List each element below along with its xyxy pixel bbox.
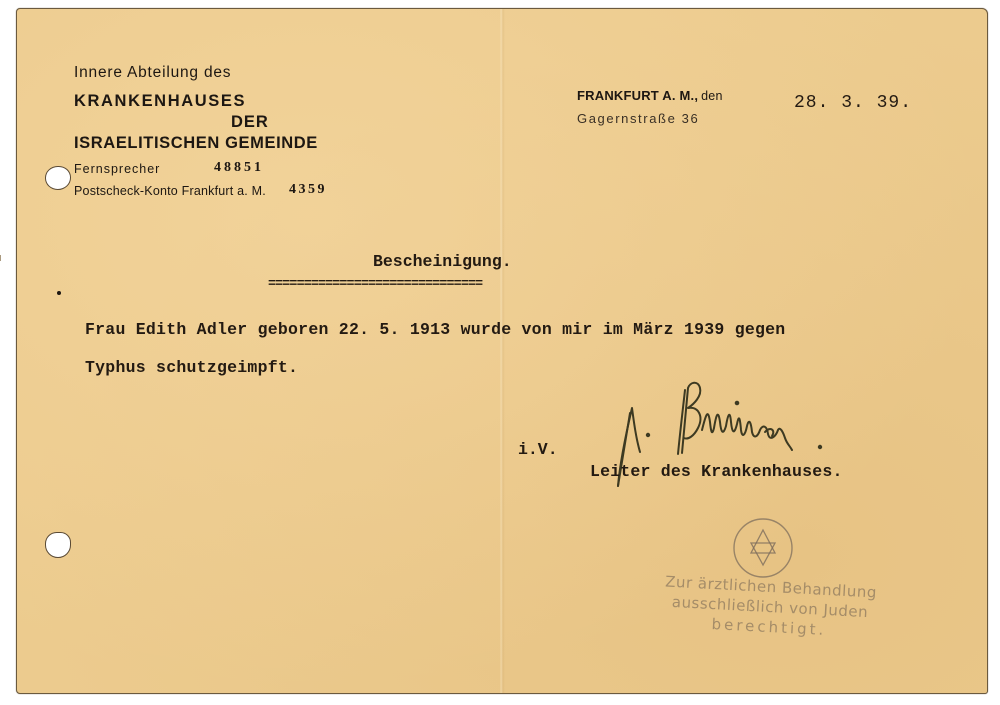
postal-account-number: 4359	[289, 182, 327, 198]
letterhead-department: Innere Abteilung des	[74, 64, 231, 82]
scan-mark	[0, 255, 1, 261]
place-name: FRANKFURT A. M.,	[577, 88, 698, 103]
proxy-abbreviation: i.V.	[518, 440, 558, 459]
letterhead-hospital-line2: DER	[231, 113, 269, 132]
phone-label: Fernsprecher	[74, 162, 160, 176]
place-suffix: den	[701, 89, 722, 103]
postal-account-label: Postscheck-Konto Frankfurt a. M.	[74, 184, 266, 198]
body-text-line1: Frau Edith Adler geboren 22. 5. 1913 wur…	[85, 320, 785, 339]
letterhead-hospital-line3: ISRAELITISCHEN GEMEINDE	[74, 134, 318, 153]
phone-number: 48851	[214, 160, 264, 176]
street-address: Gagernstraße 36	[577, 111, 699, 126]
document-title: Bescheinigung.	[373, 252, 512, 271]
body-text-line2: Typhus schutzgeimpft.	[85, 358, 298, 377]
letter-date: 28. 3. 39.	[794, 93, 912, 113]
signatory-role: Leiter des Krankenhauses.	[590, 462, 843, 481]
letterhead-hospital-line1: KRANKENHAUSES	[74, 92, 246, 111]
place-line: FRANKFURT A. M.,den	[577, 88, 723, 103]
ink-dot	[57, 291, 61, 295]
star-of-david-stamp-icon	[733, 518, 793, 578]
punch-hole-top	[45, 166, 71, 190]
title-underline: ==============================	[268, 276, 482, 291]
punch-hole-bottom	[45, 532, 71, 558]
